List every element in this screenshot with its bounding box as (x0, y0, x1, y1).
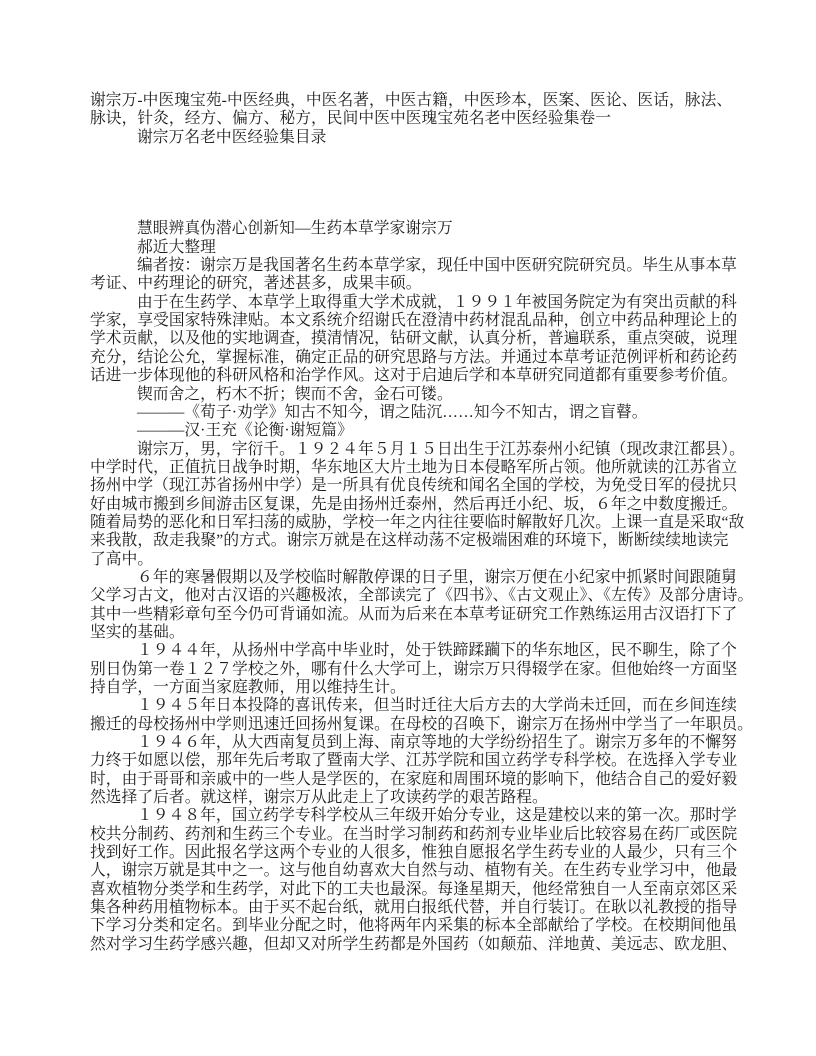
document-text-block: 谢宗万-中医瑰宝苑-中医经典，中医名著，中医古籍，中医珍本，医案、医论、医话，脉… (90, 92, 735, 954)
text-line: 找到好工作。因此报名学这两个专业的人很多，惟独自愿报名学生药专业的人最少，只有三… (90, 844, 735, 862)
text-line: 然选择了后者。就这样，谢宗万从此走上了攻读药学的艰苦路程。 (90, 789, 735, 807)
text-line: 充分，结论公允，掌握标准，确定正品的研究思路与方法。并通过本草考证范例评析和药论… (90, 349, 735, 367)
text-line: 谢宗万-中医瑰宝苑-中医经典，中医名著，中医古籍，中医珍本，医案、医论、医话，脉… (90, 92, 735, 110)
text-line: 编者按：谢宗万是我国著名生药本草学家，现任中国中医研究院研究员。毕生从事本草 (90, 257, 735, 275)
text-line: 好由城市搬到乡间游击区复课，先是由扬州迁泰州，然后再迁小纪、坂，６年之中数度搬迁… (90, 496, 735, 514)
text-line: 谢宗万名老中医经验集目录 (90, 129, 735, 147)
text-line: 校共分制药、药剂和生药三个专业。在当时学习制药和药剂专业毕业后比较容易在药厂或医… (90, 826, 735, 844)
text-line: 脉诀，针灸，经方、偏方、秘方，民间中医中医瑰宝苑名老中医经验集卷一 (90, 110, 735, 128)
text-line: 其中一些精彩章句至今仍可背诵如流。从而为后来在本草考证研究工作熟练运用古汉语打下… (90, 606, 735, 624)
blank-line (90, 184, 735, 202)
text-line: 喜欢植物分类学和生药学，对此下的工夫也最深。每逢星期天，他经常独自一人至南京郊区… (90, 881, 735, 899)
blank-line (90, 202, 735, 220)
text-line: 郝近大整理 (90, 239, 735, 257)
text-line: 锲而舍之，朽木不折；锲而不舍，金石可镂。 (90, 386, 735, 404)
text-line: 考证、中药理论的研究，著述甚多，成果丰硕。 (90, 275, 735, 293)
text-line: 然对学习生药学感兴趣，但却又对所学生药都是外国药（如颠茄、洋地黄、美远志、欧龙胆… (90, 936, 735, 954)
text-line: 搬迁的母校扬州中学则迅速迁回扬州复课。在母校的召唤下，谢宗万在扬州中学当了一年职… (90, 716, 735, 734)
text-line: 坚实的基础。 (90, 624, 735, 642)
text-line: ６年的寒暑假期以及学校临时解散停课的日子里，谢宗万便在小纪家中抓紧时间跟随舅 (90, 569, 735, 587)
text-line: ———《荀子·劝学》知古不知今，谓之陆沉……知今不知古，谓之盲瞽。 (90, 404, 735, 422)
text-line: 下学习分类和定名。到毕业分配之时，他将两年内采集的标本全部献给了学校。在校期间他… (90, 917, 735, 935)
text-line: 谢宗万，男，字衍千。１９２４年５月１５日出生于江苏泰州小纪镇（现改隶江都县）。 (90, 441, 735, 459)
document-page: 谢宗万-中医瑰宝苑-中医经典，中医名著，中医古籍，中医珍本，医案、医论、医话，脉… (0, 0, 816, 1056)
text-line: 由于在生药学、本草学上取得重大学术成就，１９９１年被国务院定为有突出贡献的科 (90, 294, 735, 312)
text-line: １９４４年，从扬州中学高中毕业时，处于铁蹄蹂躏下的华东地区，民不聊生，除了个 (90, 642, 735, 660)
text-line: 扬州中学（现江苏省扬州中学）是一所具有优良传统和闻名全国的学校，为免受日军的侵扰… (90, 477, 735, 495)
text-line: 了高中。 (90, 551, 735, 569)
text-line: 学术贡献，以及他的实地调查，摸清情况，钻研文献，认真分析，普遍联系，重点突破，说… (90, 330, 735, 348)
text-line: １９４５年日本投降的喜讯传来，但当时迁往大后方去的大学尚未迁回，而在乡间连续 (90, 697, 735, 715)
text-line: 中学时代，正值抗日战争时期，华东地区大片土地为日本侵略军所占领。他所就读的江苏省… (90, 459, 735, 477)
text-line: １９４６年，从大西南复员到上海、南京等地的大学纷纷招生了。谢宗万多年的不懈努 (90, 734, 735, 752)
text-line: 慧眼辨真伪潜心创新知—生药本草学家谢宗万 (90, 220, 735, 238)
text-line: 来我散，敌走我聚”的方式。谢宗万就是在这样动荡不定极端困难的环境下，断断续续地读… (90, 532, 735, 550)
text-line: 时，由于哥哥和亲戚中的一些人是学医的，在家庭和周围环境的影响下，他结合自己的爱好… (90, 771, 735, 789)
text-line: ———汉·王充《论衡·谢短篇》 (90, 422, 735, 440)
text-line: 力终于如愿以偿，那年先后考取了暨南大学、江苏学院和国立药学专科学校。在选择入学专… (90, 752, 735, 770)
blank-line (90, 147, 735, 165)
text-line: 集各种药用植物标本。由于买不起台纸，就用白报纸代替，并自行装订。在耿以礼教授的指… (90, 899, 735, 917)
text-line: 持自学，一方面当家庭教师，用以维持生计。 (90, 679, 735, 697)
text-line: 话进一步体现他的科研风格和治学作风。这对于启迪后学和本草研究同道都有重要参考价值… (90, 367, 735, 385)
text-line: 随着局势的恶化和日军扫荡的威胁，学校一年之内往往要临时解散好几次。上课一直是采取… (90, 514, 735, 532)
text-line: 别日伪第一卷１２７学校之外，哪有什么大学可上，谢宗万只得辍学在家。但他始终一方面… (90, 661, 735, 679)
blank-line (90, 165, 735, 183)
text-line: 学家，享受国家特殊津贴。本文系统介绍谢氏在澄清中药材混乱品种，创立中药品种理论上… (90, 312, 735, 330)
text-line: １９４８年，国立药学专科学校从三年级开始分专业，这是建校以来的第一次。那时学 (90, 807, 735, 825)
text-line: 人，谢宗万就是其中之一。这与他自幼喜欢大自然与动、植物有关。在生药专业学习中，他… (90, 862, 735, 880)
text-line: 父学习古文，他对古汉语的兴趣极浓，全部读完了《四书》、《古文观止》、《左传》及部… (90, 587, 735, 605)
